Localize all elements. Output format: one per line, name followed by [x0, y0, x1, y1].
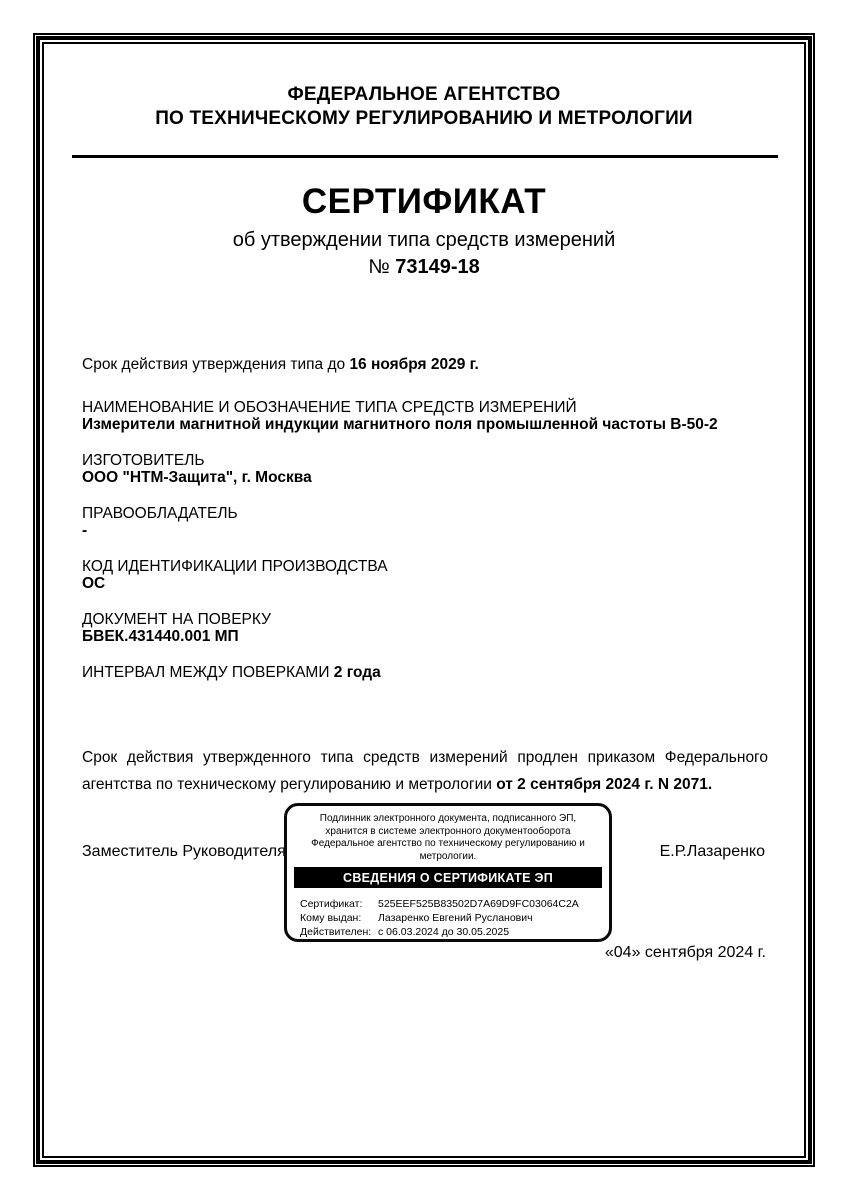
- stamp-detail-value: с 06.03.2024 до 30.05.2025: [378, 925, 509, 939]
- prolongation-order-date: от 2 сентября 2024 г. N 2071.: [496, 776, 712, 793]
- agency-header-line2: ПО ТЕХНИЧЕСКОМУ РЕГУЛИРОВАНИЮ И МЕТРОЛОГ…: [60, 107, 788, 131]
- field-label: НАИМЕНОВАНИЕ И ОБОЗНАЧЕНИЕ ТИПА СРЕДСТВ …: [82, 399, 766, 417]
- certificate-number-prefix: №: [368, 256, 395, 278]
- stamp-detail-label: Сертификат:: [300, 897, 378, 911]
- certificate-number: 73149-18: [395, 256, 480, 278]
- field-label: ПРАВООБЛАДАТЕЛЬ: [82, 505, 766, 523]
- certificate-subtitle: об утверждении типа средств измерений: [0, 229, 848, 252]
- field-value: БВЕК.431440.001 МП: [82, 628, 766, 646]
- agency-header: ФЕДЕРАЛЬНОЕ АГЕНТСТВО ПО ТЕХНИЧЕСКОМУ РЕ…: [60, 83, 788, 131]
- field-value: ООО "НТМ-Защита", г. Москва: [82, 469, 766, 487]
- field-verification-document: ДОКУМЕНТ НА ПОВЕРКУ БВЕК.431440.001 МП: [82, 611, 766, 646]
- stamp-detail-value: 525EEF525B83502D7A69D9FC03064C2A: [378, 897, 579, 911]
- stamp-detail-label: Действителен:: [300, 925, 378, 939]
- header-divider: [72, 155, 778, 158]
- field-production-id-code: КОД ИДЕНТИФИКАЦИИ ПРОИЗВОДСТВА ОС: [82, 558, 766, 593]
- stamp-detail-value: Лазаренко Евгений Русланович: [378, 911, 533, 925]
- stamp-detail-label: Кому выдан:: [300, 911, 378, 925]
- interval-label: ИНТЕРВАЛ МЕЖДУ ПОВЕРКАМИ: [82, 664, 334, 681]
- interval-value: 2 года: [334, 664, 381, 681]
- certificate-page: ФЕДЕРАЛЬНОЕ АГЕНТСТВО ПО ТЕХНИЧЕСКОМУ РЕ…: [0, 0, 848, 1200]
- stamp-detail-certificate: Сертификат: 525EEF525B83502D7A69D9FC0306…: [300, 897, 603, 911]
- field-label: КОД ИДЕНТИФИКАЦИИ ПРОИЗВОДСТВА: [82, 558, 766, 576]
- agency-header-line1: ФЕДЕРАЛЬНОЕ АГЕНТСТВО: [60, 83, 788, 107]
- signatory-position: Заместитель Руководителя: [82, 843, 286, 861]
- certificate-body: Срок действия утверждения типа до 16 ноя…: [82, 356, 766, 681]
- prolongation-paragraph: Срок действия утвержденного типа средств…: [82, 744, 768, 798]
- electronic-signature-stamp: Подлинник электронного документа, подпис…: [284, 803, 612, 942]
- signature-date: «04» сентября 2024 г.: [605, 944, 766, 962]
- field-manufacturer: ИЗГОТОВИТЕЛЬ ООО "НТМ-Защита", г. Москва: [82, 452, 766, 487]
- validity-line: Срок действия утверждения типа до 16 ноя…: [82, 356, 766, 374]
- validity-prefix: Срок действия утверждения типа до: [82, 356, 349, 373]
- verification-interval-line: ИНТЕРВАЛ МЕЖДУ ПОВЕРКАМИ 2 года: [82, 664, 766, 682]
- field-value: ОС: [82, 575, 766, 593]
- stamp-title-bar: СВЕДЕНИЯ О СЕРТИФИКАТЕ ЭП: [294, 867, 602, 888]
- stamp-title-bar-text: СВЕДЕНИЯ О СЕРТИФИКАТЕ ЭП: [343, 871, 553, 885]
- validity-date: 16 ноября 2029 г.: [349, 356, 478, 373]
- stamp-detail-valid-period: Действителен: с 06.03.2024 до 30.05.2025: [300, 925, 603, 939]
- field-value: -: [82, 522, 766, 540]
- certificate-number-line: № 73149-18: [0, 256, 848, 279]
- field-label: ДОКУМЕНТ НА ПОВЕРКУ: [82, 611, 766, 629]
- field-label: ИЗГОТОВИТЕЛЬ: [82, 452, 766, 470]
- stamp-notice-text: Подлинник электронного документа, подпис…: [293, 813, 603, 863]
- stamp-details: Сертификат: 525EEF525B83502D7A69D9FC0306…: [300, 897, 603, 939]
- field-rights-holder: ПРАВООБЛАДАТЕЛЬ -: [82, 505, 766, 540]
- certificate-title: СЕРТИФИКАТ: [0, 182, 848, 222]
- stamp-detail-issued-to: Кому выдан: Лазаренко Евгений Русланович: [300, 911, 603, 925]
- certificate-content: ФЕДЕРАЛЬНОЕ АГЕНТСТВО ПО ТЕХНИЧЕСКОМУ РЕ…: [0, 0, 848, 1200]
- signatory-name: Е.Р.Лазаренко: [660, 843, 765, 861]
- field-value: Измерители магнитной индукции магнитного…: [82, 416, 766, 434]
- field-type-name: НАИМЕНОВАНИЕ И ОБОЗНАЧЕНИЕ ТИПА СРЕДСТВ …: [82, 399, 766, 434]
